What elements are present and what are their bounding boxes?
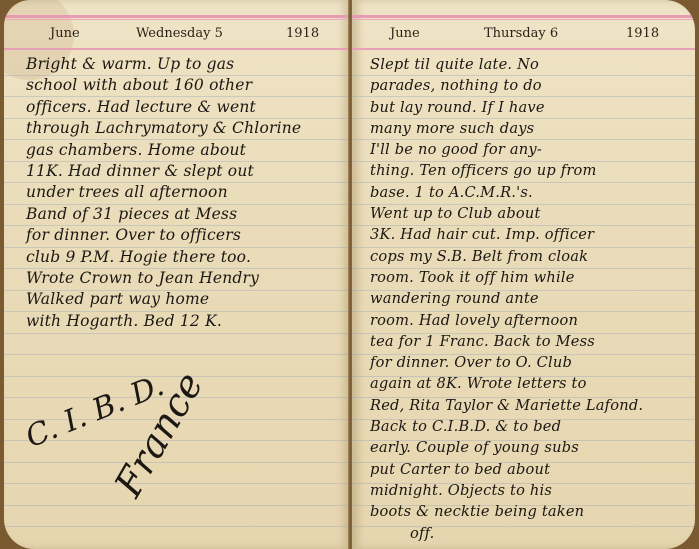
entry-line: midnight. Objects to his (370, 480, 687, 501)
entry-line: early. Couple of young subs (370, 437, 687, 458)
entry-line: put Carter to bed about (370, 459, 687, 480)
entry-line: through Lachrymatory & Chlorine (26, 118, 342, 139)
header-rule-top (4, 15, 350, 18)
header-year: 1918 (286, 26, 319, 41)
entry-line: 11K. Had dinner & slept out (26, 161, 342, 182)
entry-line: for dinner. Over to officers (26, 225, 342, 246)
left-page-header: June Wednesday 5 1918 (4, 22, 350, 46)
entry-line: Slept til quite late. No (370, 54, 687, 75)
entry-line: wandering round ante (370, 288, 687, 309)
entry-line: base. 1 to A.C.M.R.'s. (370, 182, 687, 203)
diary-spread: June Wednesday 5 1918 Bright & warm. Up … (0, 0, 699, 549)
entry-line: gas chambers. Home about (26, 140, 342, 161)
entry-line: I'll be no good for any- (370, 139, 687, 160)
entry-line: boots & necktie being taken (370, 501, 687, 522)
right-page-entry: Slept til quite late. No parades, nothin… (370, 54, 687, 544)
left-page-entry: Bright & warm. Up to gas school with abo… (26, 54, 342, 332)
header-rule-top-thin (4, 19, 350, 20)
entry-line: but lay round. If I have (370, 97, 687, 118)
header-day: Wednesday 5 (136, 26, 223, 41)
header-rule-bottom (4, 48, 350, 50)
entry-line: Back to C.I.B.D. & to bed (370, 416, 687, 437)
header-rule-top-thin (352, 19, 695, 20)
entry-line: 3K. Had hair cut. Imp. officer (370, 224, 687, 245)
entry-line: many more such days (370, 118, 687, 139)
entry-line: Walked part way home (26, 289, 342, 310)
entry-line: for dinner. Over to O. Club (370, 352, 687, 373)
header-year: 1918 (626, 26, 659, 41)
header-month: June (50, 26, 80, 41)
header-rule-top (352, 15, 695, 18)
entry-line: officers. Had lecture & went (26, 97, 342, 118)
header-month: June (390, 26, 420, 41)
entry-line: room. Had lovely afternoon (370, 310, 687, 331)
entry-line: under trees all afternoon (26, 182, 342, 203)
header-rule-bottom (352, 48, 695, 50)
entry-line: thing. Ten officers go up from (370, 160, 687, 181)
entry-line: off. (370, 523, 687, 544)
entry-line: tea for 1 Franc. Back to Mess (370, 331, 687, 352)
entry-line: school with about 160 other (26, 75, 342, 96)
entry-line: club 9 P.M. Hogie there too. (26, 247, 342, 268)
entry-line: room. Took it off him while (370, 267, 687, 288)
entry-line: Red, Rita Taylor & Mariette Lafond. (370, 395, 687, 416)
entry-line: Bright & warm. Up to gas (26, 54, 342, 75)
left-page: June Wednesday 5 1918 Bright & warm. Up … (4, 0, 350, 549)
entry-line: Band of 31 pieces at Mess (26, 204, 342, 225)
entry-line: with Hogarth. Bed 12 K. (26, 311, 342, 332)
entry-line: Went up to Club about (370, 203, 687, 224)
entry-line: again at 8K. Wrote letters to (370, 373, 687, 394)
entry-line: Wrote Crown to Jean Hendry (26, 268, 342, 289)
entry-line: cops my S.B. Belt from cloak (370, 246, 687, 267)
right-page: June Thursday 6 1918 Slept til quite lat… (352, 0, 695, 549)
right-page-header: June Thursday 6 1918 (352, 22, 695, 46)
entry-line: parades, nothing to do (370, 75, 687, 96)
header-day: Thursday 6 (484, 26, 558, 41)
